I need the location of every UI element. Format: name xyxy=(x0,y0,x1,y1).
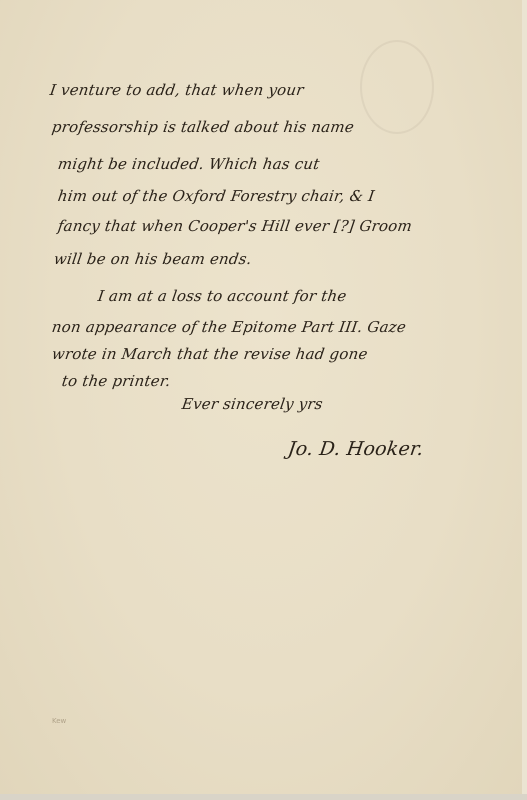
letter-page: I venture to add, that when your profess… xyxy=(0,0,527,794)
page-bottom-edge xyxy=(0,794,527,800)
library-mark: Kew xyxy=(52,717,66,725)
letter-line-6: will be on his beam ends. xyxy=(53,250,253,268)
letter-line-3: might be included. Which has cut xyxy=(57,155,321,173)
letter-line-9: wrote in March that the revise had gone xyxy=(51,345,369,363)
letter-line-5: fancy that when Cooper's Hill ever [?] G… xyxy=(57,217,413,235)
faded-stamp xyxy=(360,40,434,134)
letter-line-10: to the printer. xyxy=(61,372,172,390)
letter-line-7: I am at a loss to account for the xyxy=(97,287,348,305)
letter-line-2: professorship is talked about his name xyxy=(51,118,356,136)
letter-line-1: I venture to add, that when your xyxy=(49,81,305,99)
letter-line-8: non appearance of the Epitome Part III. … xyxy=(51,318,408,336)
letter-signature: Jo. D. Hooker. xyxy=(286,438,425,460)
letter-line-4: him out of the Oxford Forestry chair, & … xyxy=(57,187,376,205)
letter-closing: Ever sincerely yrs xyxy=(181,395,324,413)
